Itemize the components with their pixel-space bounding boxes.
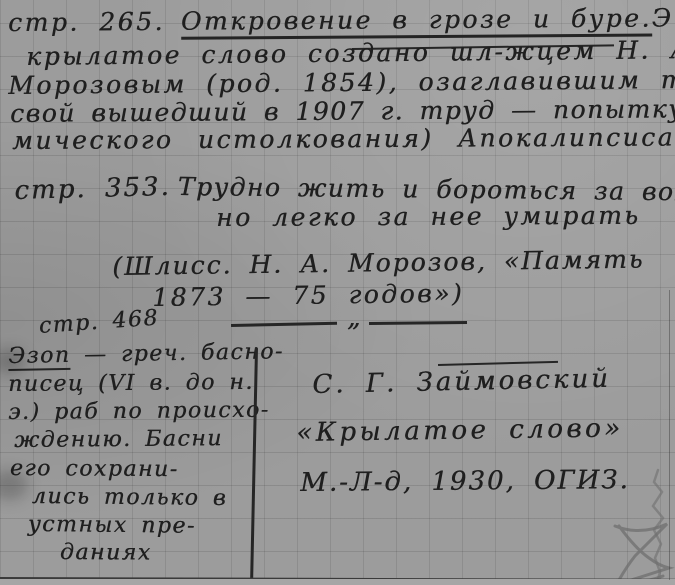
entry-468-line: лись только в [32,484,228,511]
entry-468-first-line: Эзоп — греч. басно- [8,339,284,369]
entry-265-title-underlined: Откровение в грозе и буре. [181,4,652,40]
entry-468-line: писец (VI в. до н. [8,370,254,397]
divider-line-right [369,321,467,325]
entry-265-title-suffix: Это [652,3,675,32]
doodle-squiggle [646,468,670,585]
entry-468-line: э.) раб по происхо- [8,398,270,425]
citation-author: С. Г. Займовский [312,364,611,400]
entry-353-source-line: 1873 — 75 годов») [152,279,464,312]
page-ref-265: стр. 265. [8,7,165,37]
ditto-mark: „ [347,303,360,333]
entry-468-line: его сохрани- [10,456,179,482]
scanned-notebook-page: стр. 265. Откровение в грозе и буре. Это… [0,0,675,585]
entry-265-line: мического истолкования) Апокалипсиса. [12,122,675,155]
entry-353-source-line: (Шлисс. Н. А. Морозов, «Память [112,245,645,281]
divider-line-left [231,322,337,327]
entry-468-line: устных пре- [28,512,196,539]
below-page-strip [0,579,675,585]
page-ref-468: стр. 468 [38,306,160,339]
entry-468-line: ждению. Басни [14,426,223,453]
entry-353-quote-line: но легко за нее умирать [216,201,640,232]
entry-468-term-rest: — греч. басно- [70,339,284,368]
entry-468-line: даниях [60,540,152,566]
citation-imprint: М.-Л-д, 1930, ОГИЗ. [300,465,630,498]
page-ref-353: стр. 353. [14,172,171,206]
citation-title: «Крылатое слово» [296,413,624,448]
right-edge-faint-line [669,290,670,580]
